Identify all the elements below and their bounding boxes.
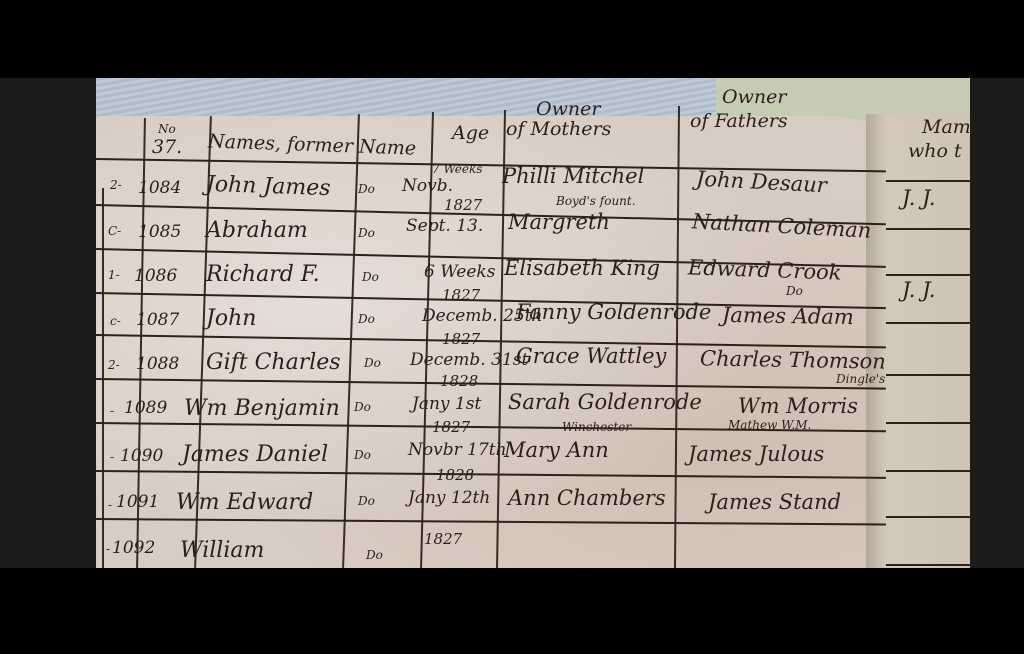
row-former-name: Do	[358, 182, 375, 196]
row-father: Wm Morris	[738, 394, 858, 418]
row-number: 1089	[124, 398, 167, 418]
row-former-name: Do	[354, 448, 371, 462]
row-number: 1087	[136, 310, 179, 330]
header-number-top: No	[158, 122, 176, 136]
rule-next	[886, 180, 970, 182]
row-margin: -	[108, 498, 112, 512]
row-father: James Stand	[708, 490, 841, 514]
rule-next	[886, 422, 970, 424]
row-age: Jany 1st	[412, 394, 481, 414]
row-name: Wm Benjamin	[184, 396, 340, 421]
row-age: Novbr 17th	[408, 440, 507, 460]
row-margin: 2-	[108, 358, 120, 372]
row-mother-note: Winchester	[562, 420, 631, 434]
row-margin: -	[110, 404, 114, 418]
header-mother-1: Owner	[536, 98, 600, 120]
row-margin: 2-	[110, 178, 122, 192]
rule-next	[886, 564, 970, 566]
row-year: 1827	[442, 286, 480, 304]
row-number: 1084	[138, 178, 181, 198]
row-former-name: Do	[358, 494, 375, 508]
row-year: 1827	[444, 196, 482, 214]
row-father-note: Do	[786, 284, 803, 298]
row-father-note: Dingle's	[836, 372, 885, 386]
row-mother: Ann Chambers	[508, 486, 666, 510]
header-age: Age	[452, 122, 489, 144]
right-side-panel	[970, 78, 1024, 568]
row-name: John James	[206, 172, 331, 201]
rule-next	[886, 470, 970, 472]
row-mother: Elisabeth King	[504, 256, 660, 280]
top-letterbox	[0, 0, 1024, 78]
row-mother: Grace Wattley	[516, 344, 666, 368]
header-next-page-2: who t	[908, 140, 962, 162]
row-age: 6 Weeks	[424, 262, 495, 282]
row-name: Richard F.	[206, 262, 320, 287]
row-number: 1092	[112, 538, 155, 558]
row-former-name: Do	[362, 270, 379, 284]
row-year: 1827	[442, 330, 480, 348]
row-year: 1828	[436, 466, 474, 484]
row-age: Novb.	[402, 176, 453, 196]
row-name: Gift Charles	[206, 350, 341, 375]
row-father: Charles Thomson	[700, 346, 886, 373]
row-number: 1091	[116, 492, 159, 512]
row-mother: Fanny Goldenrode	[516, 300, 711, 324]
row-margin: C-	[108, 224, 121, 238]
header-next-page-1: Mam	[922, 116, 970, 138]
row-number: 1085	[138, 222, 181, 242]
row-year: 1828	[440, 372, 478, 390]
header-father-1: Owner	[722, 86, 786, 108]
row-age: Jany 12th	[408, 488, 490, 508]
row-name: Abraham	[206, 218, 308, 243]
row-mother: Sarah Goldenrode	[508, 390, 702, 414]
row-margin: -	[106, 542, 110, 556]
row-year: 1827	[424, 530, 462, 548]
row-father: James Adam	[722, 303, 854, 329]
header-number: 37.	[152, 136, 182, 158]
rule-next	[886, 228, 970, 230]
row-mother: Mary Ann	[504, 438, 609, 462]
rule-next	[886, 374, 970, 376]
row-former-name: Do	[358, 226, 375, 240]
row-number: 1090	[120, 446, 163, 466]
row-name: William	[180, 538, 264, 563]
row-margin: 1-	[108, 268, 120, 282]
rule-next	[886, 322, 970, 324]
row-former-name: Do	[366, 548, 383, 562]
row-number: 1088	[136, 354, 179, 374]
left-side-panel	[0, 78, 96, 568]
row-margin: c-	[110, 314, 121, 328]
row-extra: J. J.	[902, 278, 936, 302]
row-year: 1827	[432, 418, 470, 436]
row-age: Decemb. 31st	[410, 350, 528, 370]
row-father-note: Mathew W.M.	[728, 418, 811, 432]
row-former-name: Do	[364, 356, 381, 370]
rule-next	[886, 516, 970, 518]
row-name: Wm Edward	[176, 490, 313, 515]
next-page-edge	[866, 114, 970, 568]
row-former-name: Do	[354, 400, 371, 414]
row-former-name: Do	[358, 312, 375, 326]
row-age: Sept. 13.	[406, 216, 483, 236]
register-photo: No 37. Names, former Name Age Owner of M…	[96, 78, 970, 568]
row-extra: J. J.	[902, 186, 936, 210]
row-age-note: 7 Weeks	[432, 162, 482, 176]
row-mother-note: Boyd's fount.	[556, 194, 636, 208]
header-father-2: of Fathers	[690, 110, 788, 132]
row-margin: -	[110, 450, 114, 464]
row-name: James Daniel	[182, 442, 328, 467]
row-mother: Philli Mitchel	[502, 164, 644, 188]
header-mother-2: of Mothers	[506, 118, 611, 140]
bottom-letterbox	[0, 568, 1024, 654]
row-name: John	[206, 306, 256, 331]
row-father: James Julous	[688, 442, 824, 466]
row-number: 1086	[134, 266, 177, 286]
row-mother: Margreth	[508, 210, 610, 234]
rule-next	[886, 274, 970, 276]
